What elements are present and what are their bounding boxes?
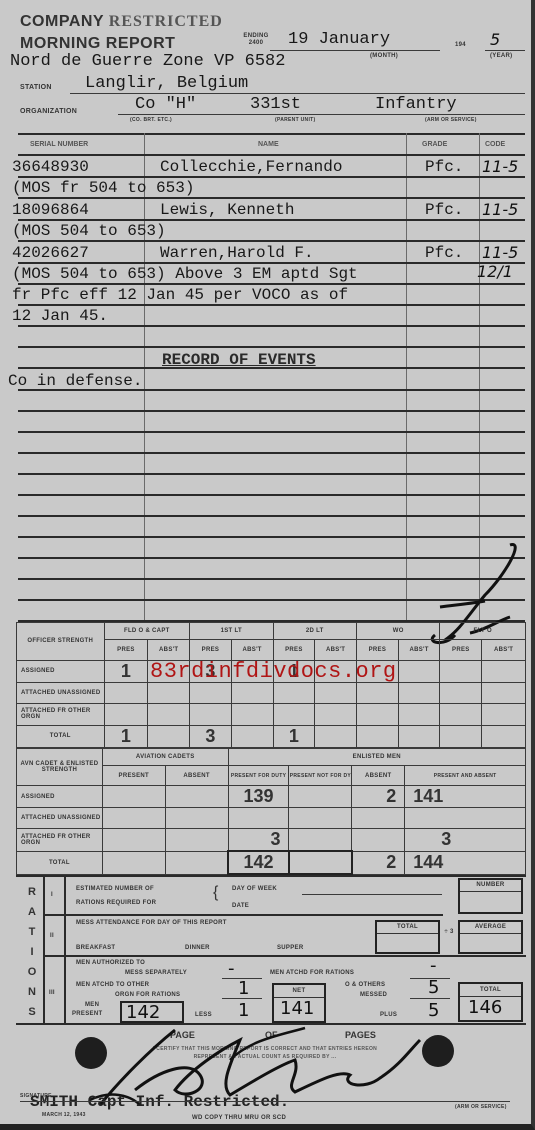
group-aviation-cadets: AVIATION CADETS: [102, 749, 228, 766]
col-header-grade: GRADE: [422, 141, 447, 148]
group-1st-lt: 1ST LT: [190, 623, 273, 640]
col-present-not-for-duty: PRESENT NOT FOR DY: [289, 766, 352, 786]
cell-value: [440, 660, 482, 682]
col-present-and-absent: PRESENT AND ABSENT: [405, 766, 526, 786]
o-others-label-2: MESSED: [360, 992, 387, 998]
rations-total-value: 146: [460, 997, 521, 1019]
personnel-serial: 36648930: [12, 158, 89, 176]
col-header-serial: SERIAL NUMBER: [30, 141, 88, 148]
cell-value: [289, 829, 352, 852]
cell-value: 1: [104, 725, 148, 747]
men-present-label-2: PRESENT: [72, 1011, 102, 1017]
form-title-company: COMPANY RESTRICTED: [20, 13, 223, 31]
enlisted-row-total: TOTAL 142 2 144: [17, 851, 526, 874]
personnel-code: 11-5: [482, 243, 518, 262]
divide-by-three: ÷ 3: [444, 928, 454, 937]
cell-value: 2: [352, 851, 405, 874]
org-caption-2: (PARENT UNIT): [275, 117, 315, 123]
authorized-label-2: MESS SEPARATELY: [125, 970, 187, 976]
org-caption-1: (CO. BRT. ETC.): [130, 117, 172, 123]
plus-value: 5: [428, 1000, 439, 1021]
subcol-abst: ABS'T: [231, 640, 273, 660]
group-enlisted-men: ENLISTED MEN: [228, 749, 525, 766]
personnel-code: 11-5: [482, 157, 518, 176]
rations-required-label-1: ESTIMATED NUMBER OF: [76, 886, 154, 892]
o-others-value: 5: [428, 977, 439, 998]
cell-value: 139: [228, 786, 289, 808]
row-label: ATTACHED FR OTHER ORGN: [17, 704, 105, 725]
cell-value: [440, 725, 482, 747]
officer-strength-table: OFFICER STRENGTH FLD O & CAPT 1ST LT 2D …: [16, 622, 526, 748]
personnel-grade: Pfc.: [425, 244, 463, 262]
cell-value: [289, 851, 352, 874]
row-label: ASSIGNED: [17, 786, 103, 808]
watermark-text: 83rdinfdivdocs.org: [150, 659, 397, 684]
brace: {: [213, 884, 218, 902]
officer-strength-header: OFFICER STRENGTH: [17, 623, 105, 661]
row-label: ATTACHED UNASSIGNED: [17, 682, 105, 703]
atchd-other-label-1: MEN ATCHD TO OTHER: [76, 982, 149, 988]
cell-value: 3: [190, 725, 232, 747]
personnel-serial: 42026627: [12, 244, 89, 262]
restricted-stamp: RESTRICTED: [109, 13, 223, 30]
cell-value: 2: [352, 786, 405, 808]
cell-value: 144: [405, 851, 526, 874]
subcol-abst: ABS'T: [148, 640, 190, 660]
distribution-note: WD COPY THRU MRU OR SCD: [192, 1115, 286, 1121]
enlisted-row-attached-unassigned: ATTACHED UNASSIGNED: [17, 808, 526, 829]
cell-value: [482, 725, 526, 747]
group-flt-o: FLT O: [440, 623, 526, 640]
mess-total-box: TOTAL: [375, 920, 440, 954]
subcol-abst: ABS'T: [315, 640, 357, 660]
col-present-for-duty: PRESENT FOR DUTY: [228, 766, 289, 786]
enlisted-row-attached-other: ATTACHED FR OTHER ORGN 3 3: [17, 829, 526, 852]
row-label: TOTAL: [17, 851, 103, 874]
authorized-value: -: [228, 958, 235, 979]
col-header-name: NAME: [258, 141, 279, 148]
year-caption: (YEAR): [490, 53, 512, 59]
year-prefix: 194: [455, 42, 466, 48]
group-wo: WO: [356, 623, 439, 640]
col-header-code: CODE: [485, 141, 505, 148]
o-others-label-1: O & OTHERS: [345, 982, 385, 988]
cell-value: [148, 725, 190, 747]
enlisted-strength-table: AVN CADET & ENLISTED STRENGTH AVIATION C…: [16, 748, 526, 875]
col-present: PRESENT: [102, 766, 165, 786]
mess-total-label: TOTAL: [377, 922, 438, 934]
plus-label: PLUS: [380, 1012, 397, 1018]
organization-label: ORGANIZATION: [20, 108, 77, 115]
form-title-morning-report: MORNING REPORT: [20, 35, 175, 53]
cell-value: [231, 725, 273, 747]
atchd-other-value: 1: [238, 978, 249, 999]
record-of-events-entry: Co in defense.: [8, 372, 142, 390]
station-value: Langlir, Belgium: [85, 74, 248, 93]
cell-value: 141: [405, 786, 526, 808]
cell-value: 142: [228, 851, 289, 874]
section-i-numeral: I: [51, 892, 53, 898]
report-year: 5: [490, 30, 500, 49]
location-line: Nord de Guerre Zone VP 6582: [10, 52, 285, 71]
rations-required-label-2: RATIONS REQUIRED FOR: [76, 900, 156, 906]
organization-company: Co "H": [135, 95, 196, 114]
row-label: ATTACHED FR OTHER ORGN: [17, 829, 103, 852]
personnel-name: Collecchie,Fernando: [160, 158, 342, 176]
cell-value: [398, 725, 440, 747]
rations-side-label: R A T I O N S: [26, 882, 38, 1022]
less-label: LESS: [195, 1012, 212, 1018]
cell-value: [398, 660, 440, 682]
supper-label: SUPPER: [277, 945, 303, 951]
atchd-rations-label: MEN ATCHD FOR RATIONS: [270, 970, 354, 976]
form-title-line1: COMPANY: [20, 13, 104, 30]
atchd-other-label-2: ORGN FOR RATIONS: [115, 992, 180, 998]
month-caption: (MONTH): [370, 53, 398, 59]
average-box: AVERAGE: [458, 920, 523, 954]
net-box: NET 141: [272, 983, 326, 1023]
average-label: AVERAGE: [460, 922, 521, 934]
personnel-remark: (MOS 504 to 653): [12, 222, 166, 240]
station-label: STATION: [20, 84, 52, 91]
net-label: NET: [274, 985, 324, 998]
cell-value: 1: [104, 660, 148, 682]
men-present-label-1: MEN: [85, 1002, 99, 1008]
subcol-pres: PRES: [356, 640, 398, 660]
number-box: NUMBER: [458, 878, 523, 914]
less-value: 1: [238, 1000, 249, 1021]
cell-value: [315, 725, 357, 747]
cell-value: [102, 829, 165, 852]
mess-attendance-label: MESS ATTENDANCE FOR DAY OF THIS REPORT: [76, 920, 227, 926]
enlisted-row-assigned: ASSIGNED 139 2 141: [17, 786, 526, 808]
cell-value: 3: [228, 829, 289, 852]
subcol-pres: PRES: [104, 640, 148, 660]
cell-value: 1: [273, 725, 315, 747]
number-label: NUMBER: [460, 880, 521, 892]
cell-value: 3: [405, 829, 526, 852]
organization-arm: Infantry: [375, 95, 457, 114]
personnel-code: 11-5: [482, 200, 518, 219]
row-label: ATTACHED UNASSIGNED: [17, 808, 103, 829]
section-ii-numeral: II: [50, 933, 54, 939]
personnel-remark: (MOS fr 504 to 653): [12, 179, 194, 197]
cell-value: [165, 786, 228, 808]
personnel-remark: 12 Jan 45.: [12, 307, 108, 325]
personnel-serial: 18096864: [12, 201, 89, 219]
personnel-name: Warren,Harold F.: [160, 244, 314, 262]
personnel-grade: Pfc.: [425, 158, 463, 176]
row-label: TOTAL: [17, 725, 105, 747]
row-label: ASSIGNED: [17, 660, 105, 682]
ending-label: ENDING 2400: [243, 33, 269, 47]
authorized-label-1: MEN AUTHORIZED TO: [76, 960, 145, 966]
group-fld-o-capt: FLD O & CAPT: [104, 623, 190, 640]
personnel-remark: fr Pfc eff 12 Jan 45 per VOCO as of: [12, 286, 348, 304]
org-caption-3: (ARM OR SERVICE): [425, 117, 477, 123]
cell-value: [356, 725, 398, 747]
signer-line: SMITH Capt Inf. Restricted.: [30, 1093, 289, 1111]
date-label: DATE: [232, 903, 249, 909]
officer-row-total: TOTAL 1 3 1: [17, 725, 526, 747]
breakfast-label: BREAKFAST: [76, 945, 115, 951]
morning-report-form: COMPANY RESTRICTED MORNING REPORT ENDING…: [0, 0, 535, 1130]
subcol-pres: PRES: [440, 640, 482, 660]
cell-value: [165, 851, 228, 874]
dinner-label: DINNER: [185, 945, 210, 951]
personnel-remark: (MOS 504 to 653) Above 3 EM aptd Sgt: [12, 265, 358, 283]
cell-value: [102, 786, 165, 808]
cell-value: [102, 851, 165, 874]
day-of-week-label: DAY OF WEEK: [232, 886, 277, 892]
organization-unit: 331st: [250, 95, 301, 114]
rations-total-label: TOTAL: [460, 984, 521, 997]
service-caption: (ARM OR SERVICE): [455, 1104, 507, 1110]
officer-row-attached-other: ATTACHED FR OTHER ORGN: [17, 704, 526, 725]
form-date: MARCH 12, 1943: [42, 1112, 86, 1118]
rations-total-box: TOTAL 146: [458, 982, 523, 1022]
col-absent: ABSENT: [352, 766, 405, 786]
subcol-pres: PRES: [273, 640, 315, 660]
cell-value: [482, 660, 526, 682]
personnel-grade: Pfc.: [425, 201, 463, 219]
subcol-pres: PRES: [190, 640, 232, 660]
personnel-code: 12/1: [477, 262, 513, 281]
net-value: 141: [274, 998, 324, 1020]
cell-value: [165, 829, 228, 852]
group-2d-lt: 2D LT: [273, 623, 356, 640]
subcol-abst: ABS'T: [482, 640, 526, 660]
report-date: 19 January: [288, 30, 390, 49]
section-iii-numeral: III: [49, 990, 55, 996]
col-absent: ABSENT: [165, 766, 228, 786]
subcol-abst: ABS'T: [398, 640, 440, 660]
enlisted-strength-header: AVN CADET & ENLISTED STRENGTH: [17, 749, 103, 786]
cell-value: [289, 786, 352, 808]
personnel-name: Lewis, Kenneth: [160, 201, 294, 219]
officer-row-attached-unassigned: ATTACHED UNASSIGNED: [17, 682, 526, 703]
cell-value: [352, 829, 405, 852]
atchd-rations-value: -: [430, 955, 437, 976]
